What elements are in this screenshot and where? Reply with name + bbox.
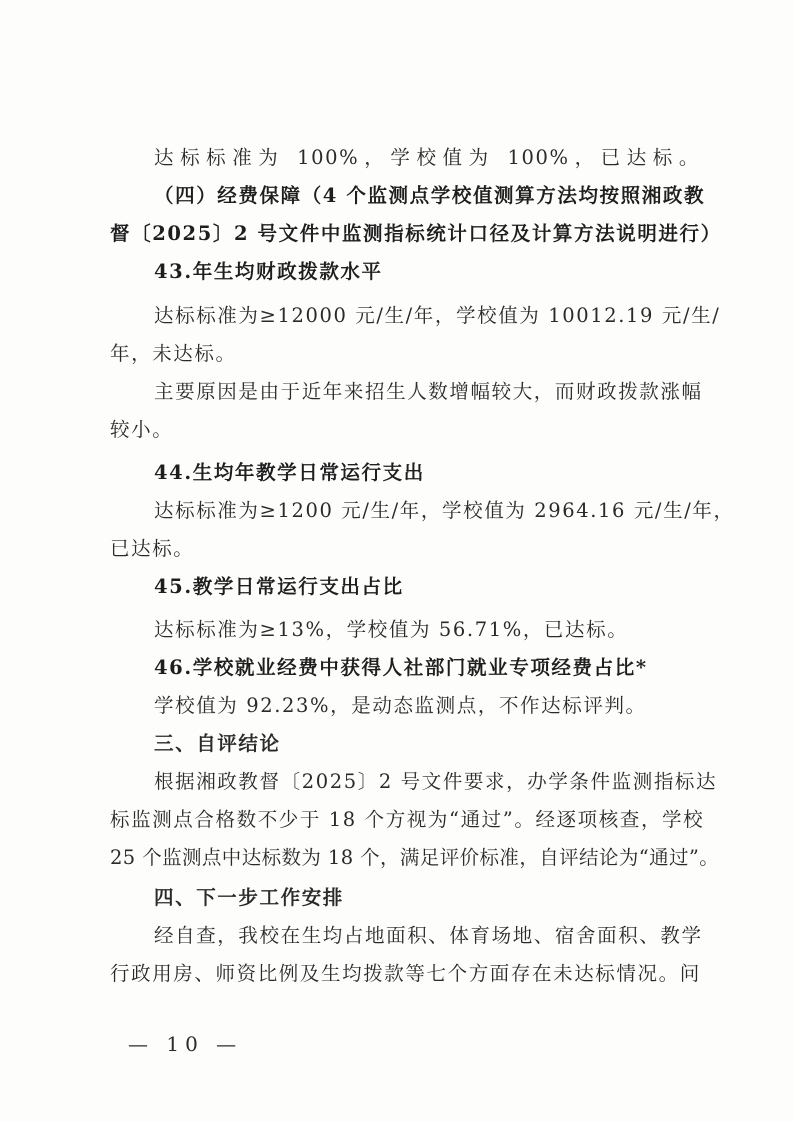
item-heading-46: 46.学校就业经费中获得人社部门就业专项经费占比* <box>154 655 700 681</box>
section-heading-next-steps: 四、下一步工作安排 <box>154 885 700 911</box>
item-44-standard: 达标标准为≥1200 元/生/年，学校值为 2964.16 元/生/年， <box>154 498 700 524</box>
section-heading-funding-cont: 督〔2025〕2 号文件中监测指标统计口径及计算方法说明进行） <box>110 221 700 247</box>
conclusion-paragraph-line-1: 根据湘政教督〔2025〕2 号文件要求，办学条件监测指标达 <box>154 769 700 795</box>
paragraph-line-standard-100: 达标标准为 100%，学校值为 100%，已达标。 <box>154 145 700 171</box>
item-43-reason: 主要原因是由于近年来招生人数增幅较大，而财政拨款涨幅 <box>154 379 700 405</box>
item-heading-44: 44.生均年教学日常运行支出 <box>154 460 700 486</box>
next-steps-paragraph-line-1: 经自查，我校在生均占地面积、体育场地、宿舍面积、教学 <box>154 923 700 949</box>
item-heading-45: 45.教学日常运行支出占比 <box>154 574 700 600</box>
item-43-result: 年，未达标。 <box>110 341 700 367</box>
item-44-result: 已达标。 <box>110 536 700 562</box>
item-43-standard: 达标标准为≥12000 元/生/年，学校值为 10012.19 元/生/ <box>154 303 700 329</box>
section-heading-conclusion: 三、自评结论 <box>154 731 700 757</box>
conclusion-paragraph-line-2: 标监测点合格数不少于 18 个方视为“通过”。经逐项核查，学校 <box>110 807 700 833</box>
conclusion-paragraph-line-3: 25 个监测点中达标数为 18 个，满足评价标准，自评结论为“通过”。 <box>110 845 700 871</box>
item-heading-43: 43.年生均财政拨款水平 <box>154 259 700 285</box>
item-43-reason-cont: 较小。 <box>110 417 700 443</box>
section-heading-funding: （四）经费保障（4 个监测点学校值测算方法均按照湘政教 <box>154 183 700 209</box>
item-45-standard: 达标标准为≥13%，学校值为 56.71%，已达标。 <box>154 617 700 643</box>
document-page: 达标标准为 100%，学校值为 100%，已达标。 （四）经费保障（4 个监测点… <box>0 0 793 1122</box>
item-46-value: 学校值为 92.23%，是动态监测点，不作达标评判。 <box>154 693 700 719</box>
next-steps-paragraph-line-2: 行政用房、师资比例及生均拨款等七个方面存在未达标情况。问 <box>110 961 700 987</box>
page-number: — 10 — <box>128 1032 242 1056</box>
